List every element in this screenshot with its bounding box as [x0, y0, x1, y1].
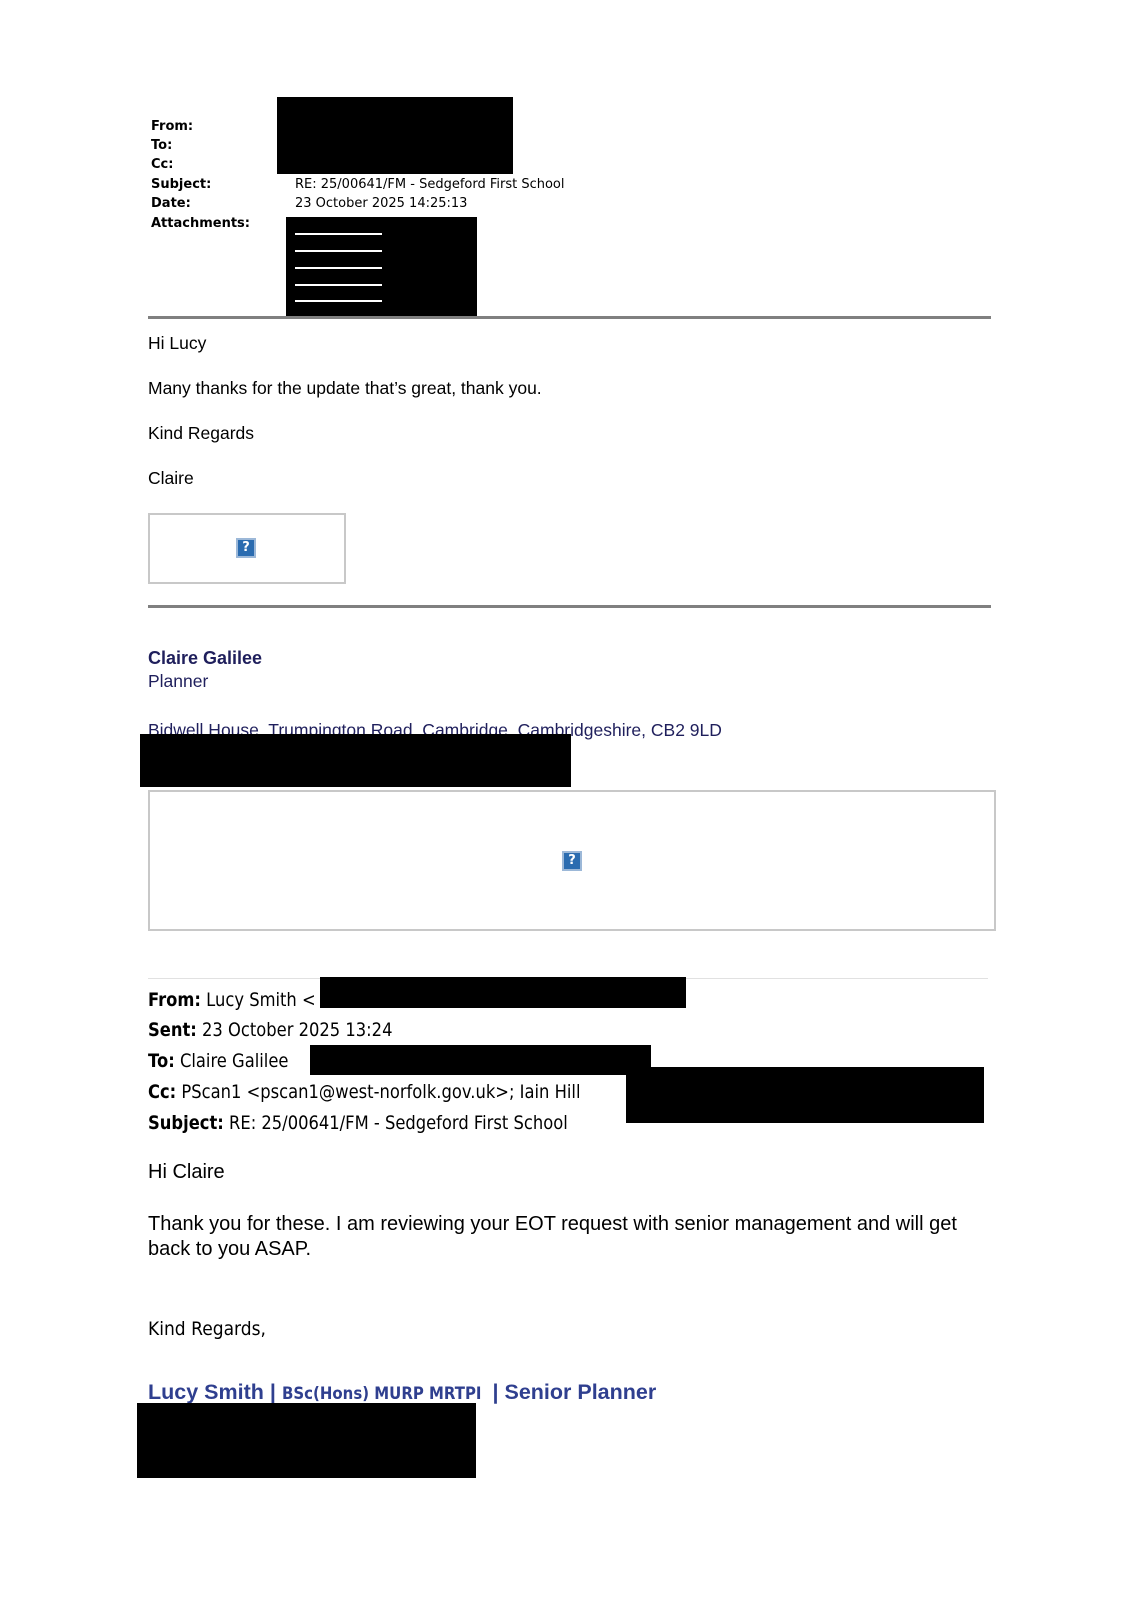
forwarded-sent: Sent: 23 October 2025 13:24 [148, 1018, 392, 1042]
redacted-to-email [310, 1045, 651, 1075]
forwarded-subject: Subject: RE: 25/00641/FM - Sedgeford Fir… [148, 1111, 568, 1135]
help-icon: ? [562, 851, 582, 871]
cc-label: Cc: [151, 155, 173, 175]
header-divider [148, 316, 991, 319]
missing-image-placeholder: ? [148, 513, 346, 584]
forwarded-subject-value: RE: 25/00641/FM - Sedgeford First School [229, 1112, 568, 1134]
reply-sender-name: Claire [148, 468, 194, 489]
date-value: 23 October 2025 14:25:13 [295, 194, 467, 214]
to-label: To: [151, 136, 172, 156]
forwarded-to: To: Claire Galilee [148, 1049, 288, 1073]
attachment-link[interactable] [295, 284, 382, 286]
reply-greeting: Hi Lucy [148, 333, 206, 354]
forwarded-to-label: To: [148, 1050, 175, 1072]
attachment-link[interactable] [295, 233, 382, 235]
forwarded-from: From: Lucy Smith < [148, 988, 316, 1012]
forwarded-cc: Cc: PScan1 <pscan1@west-norfolk.gov.uk>;… [148, 1080, 581, 1104]
redacted-attachments [286, 217, 477, 317]
redacted-contact-details [140, 734, 571, 787]
forwarded-sig-role: | Senior Planner [487, 1380, 657, 1404]
forwarded-sig-name: Lucy Smith | [148, 1380, 282, 1404]
help-icon: ? [236, 538, 256, 558]
redacted-cc-email [626, 1067, 984, 1123]
attachment-link[interactable] [295, 267, 382, 269]
forwarded-sent-value: 23 October 2025 13:24 [202, 1019, 392, 1041]
missing-banner-image: ? [148, 790, 996, 931]
reply-closing: Kind Regards [148, 423, 254, 444]
attachment-link[interactable] [295, 250, 382, 252]
forwarded-to-value: Claire Galilee [180, 1050, 289, 1072]
attachment-link[interactable] [295, 300, 382, 302]
forwarded-subject-label: Subject: [148, 1112, 224, 1134]
forwarded-closing: Kind Regards, [148, 1318, 266, 1340]
forwarded-sent-label: Sent: [148, 1019, 197, 1041]
redacted-signature-details [137, 1403, 476, 1478]
from-label: From: [151, 117, 193, 137]
signature-role: Planner [148, 671, 208, 692]
signature-name: Claire Galilee [148, 648, 262, 669]
forwarded-cc-label: Cc: [148, 1081, 176, 1103]
redacted-recipients [277, 97, 513, 174]
forwarded-from-label: From: [148, 989, 201, 1011]
forwarded-cc-value: PScan1 <pscan1@west-norfolk.gov.uk>; Iai… [181, 1081, 580, 1103]
redacted-sender-email [320, 977, 686, 1008]
forwarded-greeting: Hi Claire [148, 1161, 225, 1184]
forwarded-sig-quals: BSc(Hons) MURP MRTPI [282, 1384, 481, 1404]
attachments-label: Attachments: [151, 214, 250, 234]
forwarded-signature: Lucy Smith | BSc(Hons) MURP MRTPI | Seni… [148, 1380, 656, 1405]
reply-body: Many thanks for the update that’s great,… [148, 378, 542, 399]
date-label: Date: [151, 194, 191, 214]
subject-label: Subject: [151, 175, 211, 195]
subject-value: RE: 25/00641/FM - Sedgeford First School [295, 175, 565, 195]
forwarded-body: Thank you for these. I am reviewing your… [148, 1212, 988, 1262]
forwarded-from-value: Lucy Smith < [206, 989, 316, 1011]
signature-divider [148, 605, 991, 608]
